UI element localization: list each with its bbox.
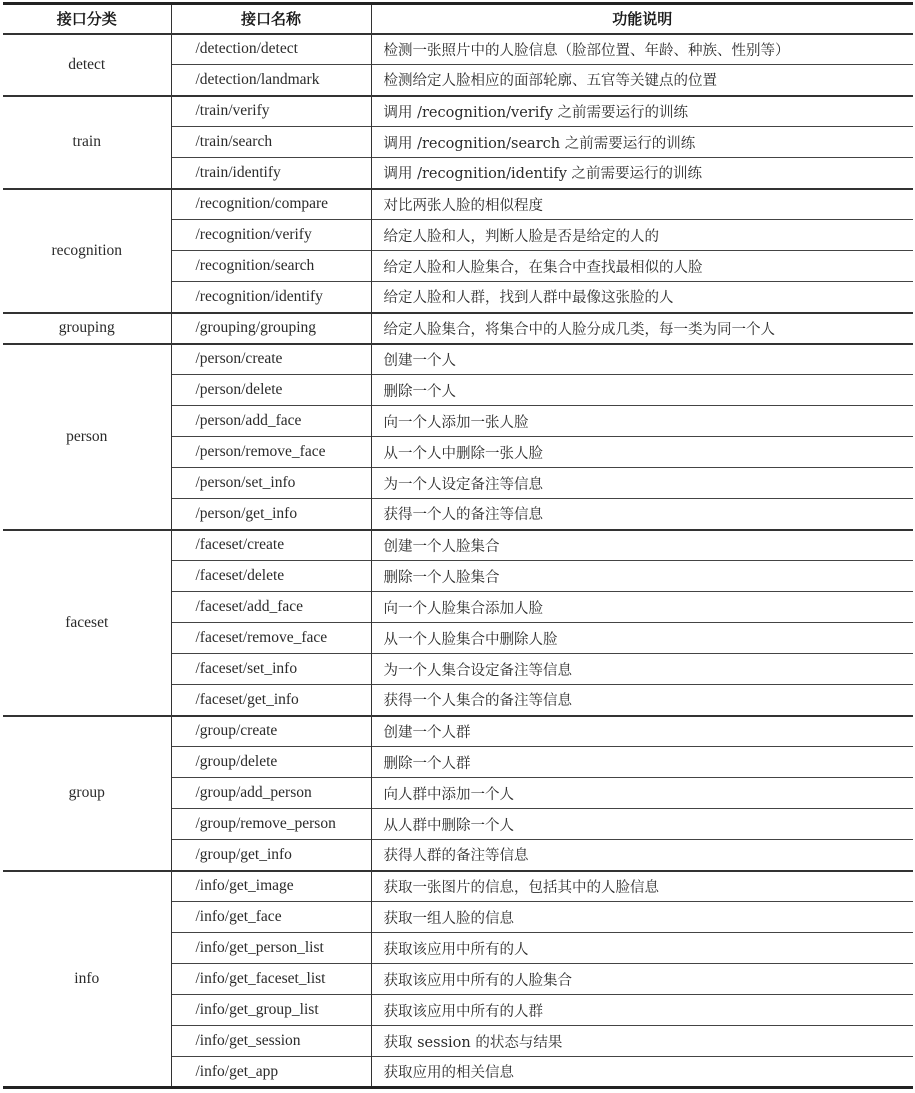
api-table: 接口分类 接口名称 功能说明 detect/detection/detect检测… bbox=[3, 2, 913, 1089]
api-name-cell: /faceset/set_info bbox=[171, 654, 371, 685]
api-name-cell: /recognition/search bbox=[171, 251, 371, 282]
api-name-cell: /person/remove_face bbox=[171, 437, 371, 468]
header-api-name: 接口名称 bbox=[171, 4, 371, 34]
api-name-cell: /faceset/get_info bbox=[171, 685, 371, 716]
description-cell: 获取一张图片的信息，包括其中的人脸信息 bbox=[371, 871, 913, 902]
description-cell: 删除一个人群 bbox=[371, 747, 913, 778]
category-cell: grouping bbox=[3, 313, 171, 344]
api-name-cell: /faceset/delete bbox=[171, 561, 371, 592]
description-cell: 检测给定人脸相应的面部轮廓、五官等关键点的位置 bbox=[371, 65, 913, 96]
api-name-cell: /info/get_session bbox=[171, 1026, 371, 1057]
api-name-cell: /info/get_image bbox=[171, 871, 371, 902]
table-row: faceset/faceset/create创建一个人脸集合 bbox=[3, 530, 913, 561]
description-cell: 调用 /recognition/verify 之前需要运行的训练 bbox=[371, 96, 913, 127]
header-category: 接口分类 bbox=[3, 4, 171, 34]
api-name-cell: /person/set_info bbox=[171, 468, 371, 499]
table-row: person/person/create创建一个人 bbox=[3, 344, 913, 375]
table-row: info/info/get_image获取一张图片的信息，包括其中的人脸信息 bbox=[3, 871, 913, 902]
api-name-cell: /train/verify bbox=[171, 96, 371, 127]
api-name-cell: /info/get_person_list bbox=[171, 933, 371, 964]
api-name-cell: /person/create bbox=[171, 344, 371, 375]
header-description: 功能说明 bbox=[371, 4, 913, 34]
category-cell: group bbox=[3, 716, 171, 871]
api-name-cell: /faceset/remove_face bbox=[171, 623, 371, 654]
api-name-cell: /group/delete bbox=[171, 747, 371, 778]
api-name-cell: /detection/landmark bbox=[171, 65, 371, 96]
api-name-cell: /group/create bbox=[171, 716, 371, 747]
category-cell: recognition bbox=[3, 189, 171, 313]
api-name-cell: /recognition/identify bbox=[171, 282, 371, 313]
description-cell: 获取该应用中所有的人 bbox=[371, 933, 913, 964]
category-cell: train bbox=[3, 96, 171, 189]
description-cell: 为一个人集合设定备注等信息 bbox=[371, 654, 913, 685]
description-cell: 对比两张人脸的相似程度 bbox=[371, 189, 913, 220]
api-name-cell: /recognition/verify bbox=[171, 220, 371, 251]
description-cell: 向一个人脸集合添加人脸 bbox=[371, 592, 913, 623]
table-row: detect/detection/detect检测一张照片中的人脸信息（脸部位置… bbox=[3, 34, 913, 65]
api-name-cell: /train/search bbox=[171, 127, 371, 158]
description-cell: 获得一个人的备注等信息 bbox=[371, 499, 913, 530]
description-cell: 调用 /recognition/identify 之前需要运行的训练 bbox=[371, 158, 913, 189]
table-row: train/train/verify调用 /recognition/verify… bbox=[3, 96, 913, 127]
description-cell: 给定人脸和人群，找到人群中最像这张脸的人 bbox=[371, 282, 913, 313]
description-cell: 给定人脸和人，判断人脸是否是给定的人的 bbox=[371, 220, 913, 251]
api-name-cell: /group/get_info bbox=[171, 840, 371, 871]
description-cell: 给定人脸集合，将集合中的人脸分成几类，每一类为同一个人 bbox=[371, 313, 913, 344]
description-cell: 给定人脸和人脸集合，在集合中查找最相似的人脸 bbox=[371, 251, 913, 282]
api-name-cell: /recognition/compare bbox=[171, 189, 371, 220]
description-cell: 检测一张照片中的人脸信息（脸部位置、年龄、种族、性别等） bbox=[371, 34, 913, 65]
description-cell: 获取应用的相关信息 bbox=[371, 1057, 913, 1088]
table-row: group/group/create创建一个人群 bbox=[3, 716, 913, 747]
description-cell: 获取一组人脸的信息 bbox=[371, 902, 913, 933]
category-cell: info bbox=[3, 871, 171, 1088]
category-cell: faceset bbox=[3, 530, 171, 716]
table-header-row: 接口分类 接口名称 功能说明 bbox=[3, 4, 913, 34]
description-cell: 创建一个人 bbox=[371, 344, 913, 375]
description-cell: 创建一个人脸集合 bbox=[371, 530, 913, 561]
description-cell: 向一个人添加一张人脸 bbox=[371, 406, 913, 437]
description-cell: 获取 session 的状态与结果 bbox=[371, 1026, 913, 1057]
description-cell: 获得一个人集合的备注等信息 bbox=[371, 685, 913, 716]
category-cell: person bbox=[3, 344, 171, 530]
api-name-cell: /detection/detect bbox=[171, 34, 371, 65]
description-cell: 从一个人中删除一张人脸 bbox=[371, 437, 913, 468]
api-name-cell: /group/remove_person bbox=[171, 809, 371, 840]
description-cell: 为一个人设定备注等信息 bbox=[371, 468, 913, 499]
description-cell: 获取该应用中所有的人群 bbox=[371, 995, 913, 1026]
description-cell: 从一个人脸集合中删除人脸 bbox=[371, 623, 913, 654]
description-cell: 删除一个人脸集合 bbox=[371, 561, 913, 592]
table-row: recognition/recognition/compare对比两张人脸的相似… bbox=[3, 189, 913, 220]
description-cell: 创建一个人群 bbox=[371, 716, 913, 747]
api-name-cell: /person/get_info bbox=[171, 499, 371, 530]
description-cell: 向人群中添加一个人 bbox=[371, 778, 913, 809]
description-cell: 调用 /recognition/search 之前需要运行的训练 bbox=[371, 127, 913, 158]
api-name-cell: /faceset/add_face bbox=[171, 592, 371, 623]
description-cell: 获取该应用中所有的人脸集合 bbox=[371, 964, 913, 995]
api-name-cell: /info/get_faceset_list bbox=[171, 964, 371, 995]
category-cell: detect bbox=[3, 34, 171, 96]
description-cell: 删除一个人 bbox=[371, 375, 913, 406]
table-body: detect/detection/detect检测一张照片中的人脸信息（脸部位置… bbox=[3, 34, 913, 1088]
api-name-cell: /grouping/grouping bbox=[171, 313, 371, 344]
api-name-cell: /person/add_face bbox=[171, 406, 371, 437]
table-row: grouping/grouping/grouping给定人脸集合，将集合中的人脸… bbox=[3, 313, 913, 344]
api-name-cell: /person/delete bbox=[171, 375, 371, 406]
api-name-cell: /group/add_person bbox=[171, 778, 371, 809]
api-name-cell: /info/get_app bbox=[171, 1057, 371, 1088]
api-name-cell: /info/get_group_list bbox=[171, 995, 371, 1026]
api-name-cell: /info/get_face bbox=[171, 902, 371, 933]
description-cell: 获得人群的备注等信息 bbox=[371, 840, 913, 871]
description-cell: 从人群中删除一个人 bbox=[371, 809, 913, 840]
api-name-cell: /train/identify bbox=[171, 158, 371, 189]
api-name-cell: /faceset/create bbox=[171, 530, 371, 561]
